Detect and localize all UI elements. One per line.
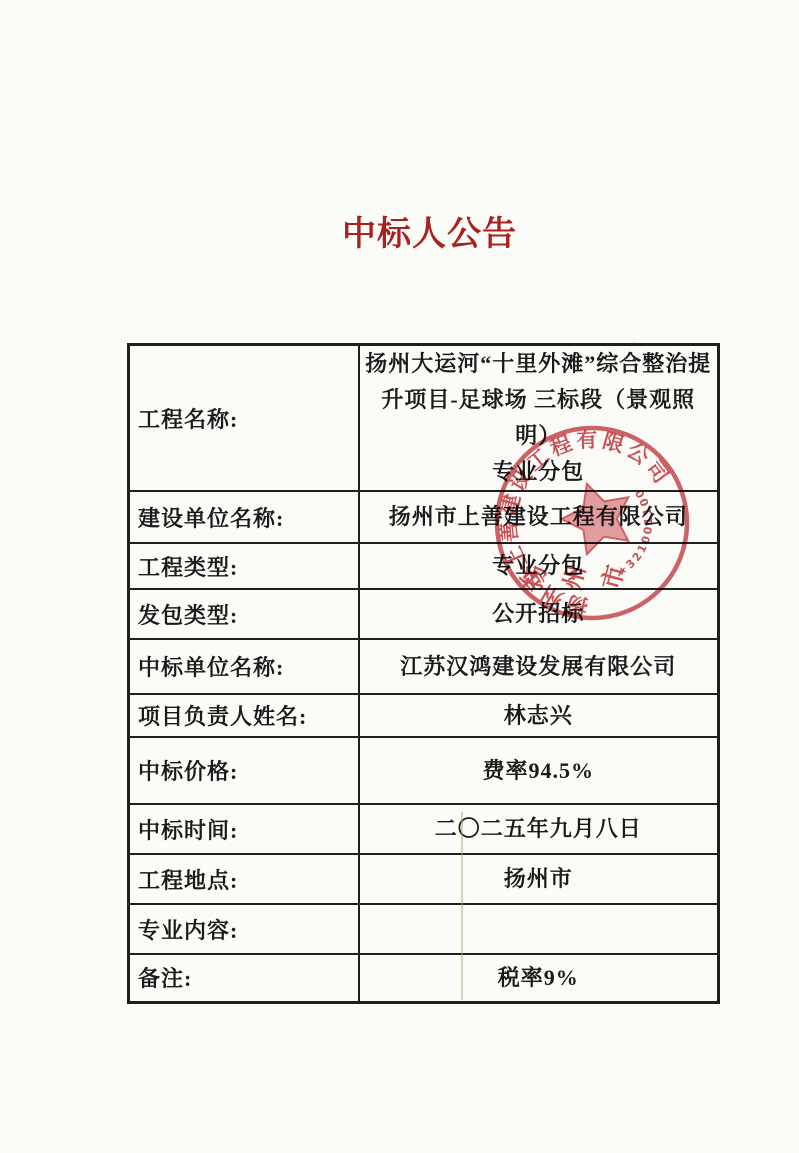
row-label: 发包类型: [129, 589, 359, 639]
table-row: 工程地点:扬州市 [129, 854, 719, 904]
row-label: 项目负责人姓名: [129, 694, 359, 737]
row-value: 扬州市上善建设工程有限公司 [359, 491, 719, 543]
table-row: 中标价格:费率94.5% [129, 737, 719, 804]
row-value: 江苏汉鸿建设发展有限公司 [359, 639, 719, 694]
row-value: 林志兴 [359, 694, 719, 737]
row-label: 专业内容: [129, 904, 359, 954]
row-value: 税率9% [359, 954, 719, 1002]
row-value: 专业分包 [359, 543, 719, 589]
row-label: 中标价格: [129, 737, 359, 804]
table-row: 中标单位名称:江苏汉鸿建设发展有限公司 [129, 639, 719, 694]
row-label: 工程地点: [129, 854, 359, 904]
table-row: 项目负责人姓名:林志兴 [129, 694, 719, 737]
row-label: 工程类型: [129, 543, 359, 589]
table-row: 发包类型:公开招标 [129, 589, 719, 639]
table-row: 工程名称:扬州大运河“十里外滩”综合整治提 升项目-足球场 三标段（景观照明） … [129, 345, 719, 492]
row-value: 二〇二五年九月八日 [359, 804, 719, 854]
document-page: 中标人公告 工程名称:扬州大运河“十里外滩”综合整治提 升项目-足球场 三标段（… [0, 0, 799, 1153]
bid-announcement-table: 工程名称:扬州大运河“十里外滩”综合整治提 升项目-足球场 三标段（景观照明） … [127, 343, 720, 1004]
table-row: 专业内容: [129, 904, 719, 954]
row-label: 工程名称: [129, 345, 359, 492]
row-value: 扬州大运河“十里外滩”综合整治提 升项目-足球场 三标段（景观照明） 专业分包 [359, 345, 719, 492]
scan-artifact-mark: ’ [632, 340, 637, 357]
table-row: 建设单位名称:扬州市上善建设工程有限公司 [129, 491, 719, 543]
row-value: 扬州市 [359, 854, 719, 904]
row-label: 备注: [129, 954, 359, 1002]
row-label: 中标单位名称: [129, 639, 359, 694]
row-label: 中标时间: [129, 804, 359, 854]
table-row: 中标时间:二〇二五年九月八日 [129, 804, 719, 854]
row-value: 费率94.5% [359, 737, 719, 804]
scan-artifact-line [461, 812, 463, 1000]
page-title: 中标人公告 [30, 206, 799, 255]
table-row: 工程类型:专业分包 [129, 543, 719, 589]
row-value: 公开招标 [359, 589, 719, 639]
row-value [359, 904, 719, 954]
row-label: 建设单位名称: [129, 491, 359, 543]
table-row: 备注:税率9% [129, 954, 719, 1002]
